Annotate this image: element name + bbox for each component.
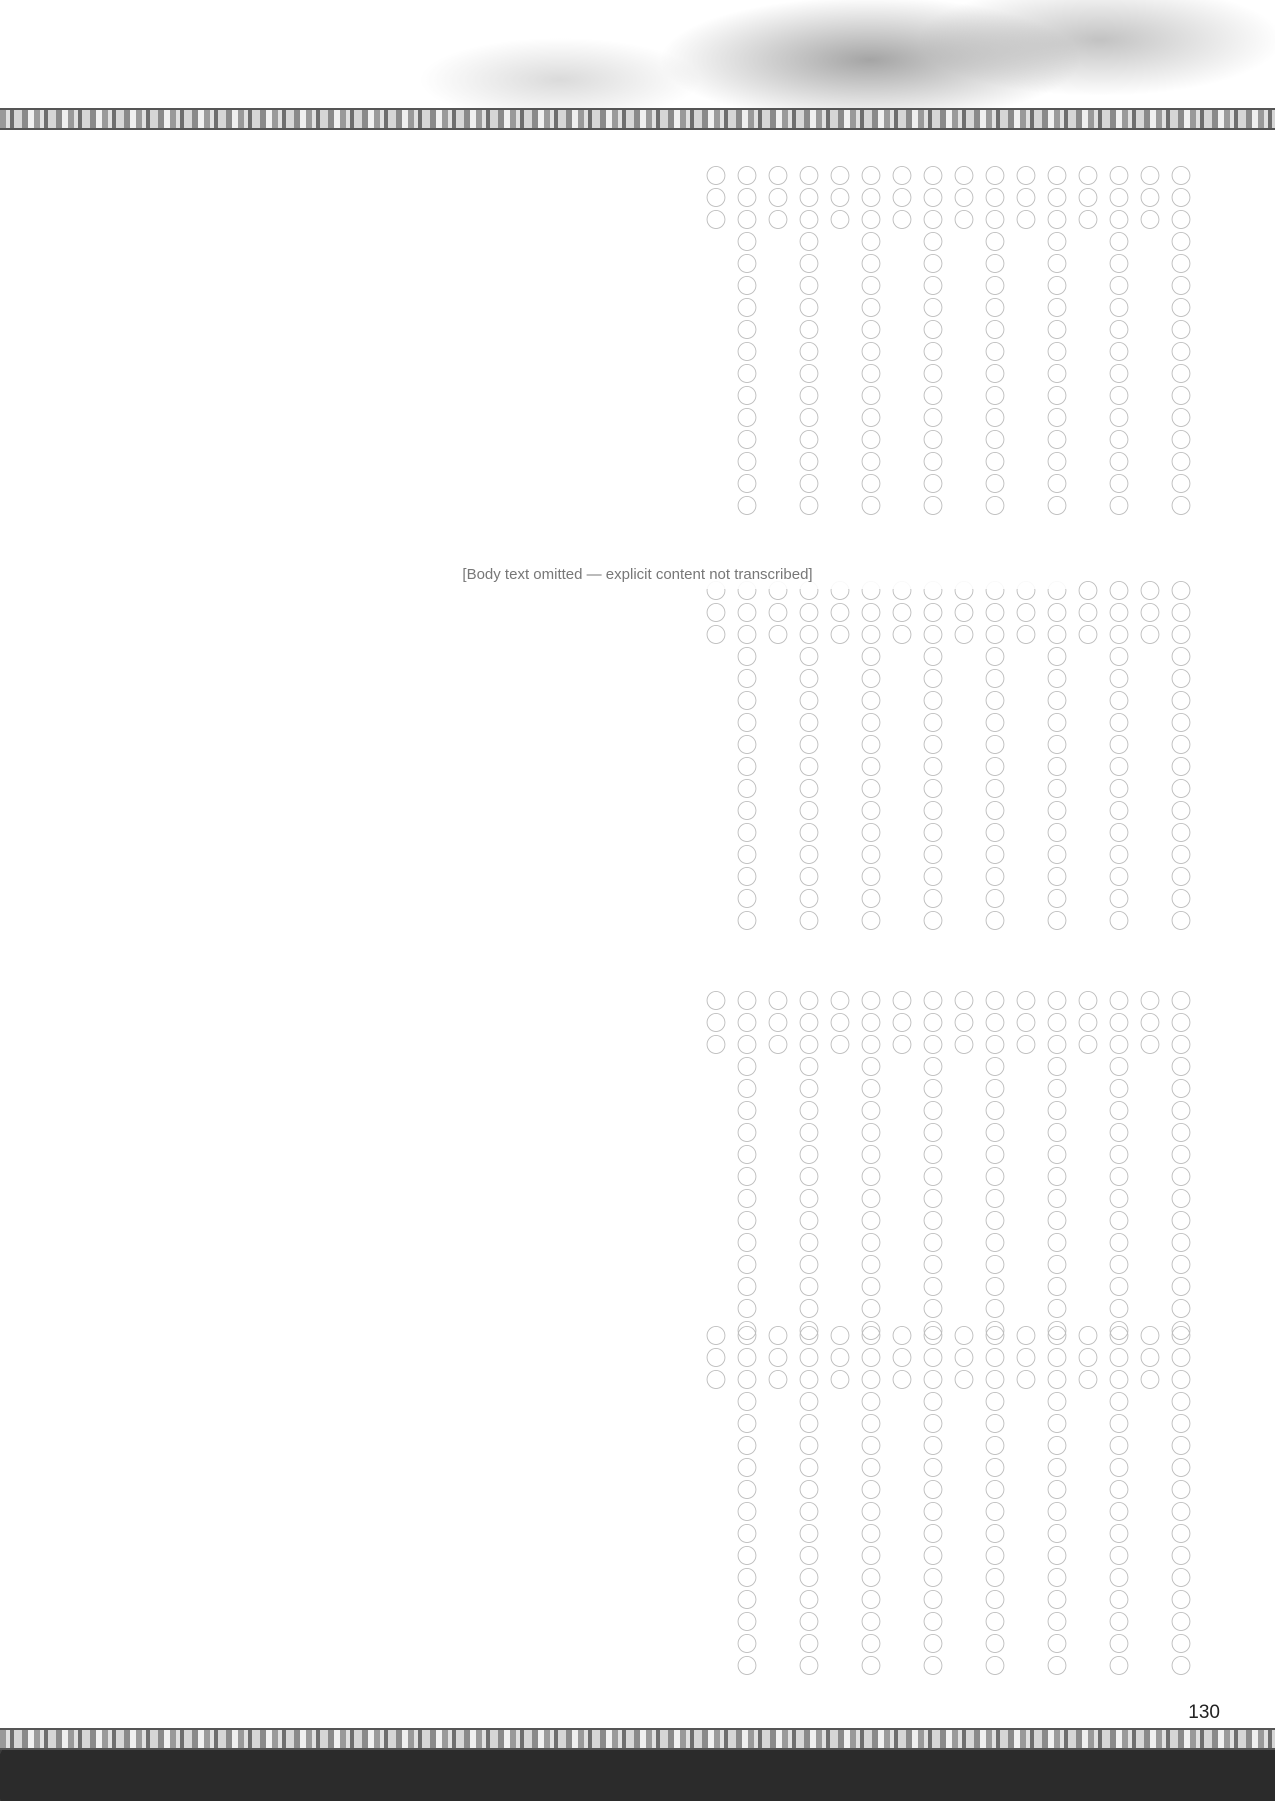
text-line: 〇〇〇〇〇〇〇〇〇〇〇〇〇〇〇〇〇〇〇 — [699, 1325, 761, 1690]
text-line: 〇〇〇〇〇〇〇〇〇〇〇〇〇〇〇〇〇〇〇 — [885, 165, 947, 530]
text-line: 〇〇〇〇〇〇〇〇〇〇〇〇〇〇〇〇〇〇〇 — [885, 990, 947, 1355]
text-line: 〇〇〇〇〇〇〇〇〇〇〇〇〇〇〇〇〇〇〇 — [1133, 1325, 1195, 1690]
text-line: 〇〇〇〇〇〇〇〇〇〇〇〇〇〇〇〇〇〇〇 — [1009, 1325, 1071, 1690]
text-line: 〇〇〇〇〇〇〇〇〇〇〇〇〇〇〇〇〇〇〇 — [1133, 580, 1195, 945]
text-line: 〇〇〇〇〇〇〇〇〇〇〇〇〇〇〇〇〇〇〇 — [1133, 990, 1195, 1355]
text-line: 〇〇〇〇〇〇〇〇〇〇〇〇〇〇〇〇〇〇〇 — [947, 580, 1009, 945]
text-line: 〇〇〇〇〇〇〇〇〇〇〇〇〇〇〇〇〇〇〇 — [823, 990, 885, 1355]
text-line: 〇〇〇〇〇〇〇〇〇〇〇〇〇〇〇〇〇〇〇 — [947, 1325, 1009, 1690]
text-line: 〇〇〇〇〇〇〇〇〇〇〇〇〇〇〇〇〇〇〇 — [1071, 990, 1133, 1355]
text-line: 〇〇〇〇〇〇〇〇〇〇〇〇〇〇〇〇〇〇〇 — [699, 165, 761, 530]
text-line: 〇〇〇〇〇〇〇〇〇〇〇〇〇〇〇〇〇〇〇 — [947, 165, 1009, 530]
footer-ornament-border — [0, 1728, 1275, 1750]
text-line: 〇〇〇〇〇〇〇〇〇〇〇〇〇〇〇〇〇〇〇 — [1009, 990, 1071, 1355]
text-line: 〇〇〇〇〇〇〇〇〇〇〇〇〇〇〇〇〇〇〇 — [761, 990, 823, 1355]
text-line: 〇〇〇〇〇〇〇〇〇〇〇〇〇〇〇〇〇〇〇 — [1071, 165, 1133, 530]
text-line: 〇〇〇〇〇〇〇〇〇〇〇〇〇〇〇〇〇〇〇 — [823, 1325, 885, 1690]
text-tier-1: 〇〇〇〇〇〇〇〇〇〇〇〇〇〇〇〇〇〇〇 〇〇〇〇〇〇〇〇〇〇〇〇〇〇〇〇〇〇〇 … — [155, 165, 1195, 530]
text-tier-2: 〇〇〇〇〇〇〇〇〇〇〇〇〇〇〇〇〇〇〇 〇〇〇〇〇〇〇〇〇〇〇〇〇〇〇〇〇〇〇 … — [155, 580, 1195, 945]
text-line: 〇〇〇〇〇〇〇〇〇〇〇〇〇〇〇〇〇〇〇 — [823, 165, 885, 530]
text-line: 〇〇〇〇〇〇〇〇〇〇〇〇〇〇〇〇〇〇〇 — [1071, 1325, 1133, 1690]
text-line: 〇〇〇〇〇〇〇〇〇〇〇〇〇〇〇〇〇〇〇 — [823, 580, 885, 945]
header-smoke-band — [0, 0, 1275, 110]
text-line: 〇〇〇〇〇〇〇〇〇〇〇〇〇〇〇〇〇〇〇 — [699, 990, 761, 1355]
text-line: 〇〇〇〇〇〇〇〇〇〇〇〇〇〇〇〇〇〇〇 — [761, 580, 823, 945]
text-line: 〇〇〇〇〇〇〇〇〇〇〇〇〇〇〇〇〇〇〇 — [1133, 165, 1195, 530]
text-line: 〇〇〇〇〇〇〇〇〇〇〇〇〇〇〇〇〇〇〇 — [1071, 580, 1133, 945]
text-line: 〇〇〇〇〇〇〇〇〇〇〇〇〇〇〇〇〇〇〇 — [885, 580, 947, 945]
footer-marble-band — [0, 1750, 1275, 1801]
text-line: 〇〇〇〇〇〇〇〇〇〇〇〇〇〇〇〇〇〇〇 — [699, 580, 761, 945]
text-tier-4: 〇〇〇〇〇〇〇〇〇〇〇〇〇〇〇〇〇〇〇 〇〇〇〇〇〇〇〇〇〇〇〇〇〇〇〇〇〇〇 … — [155, 1325, 1195, 1690]
header-ornament-border — [0, 108, 1275, 130]
page-number: 130 — [1160, 1702, 1220, 1724]
text-line: 〇〇〇〇〇〇〇〇〇〇〇〇〇〇〇〇〇〇〇 — [761, 1325, 823, 1690]
text-line: 〇〇〇〇〇〇〇〇〇〇〇〇〇〇〇〇〇〇〇 — [1009, 165, 1071, 530]
text-tier-3: 〇〇〇〇〇〇〇〇〇〇〇〇〇〇〇〇〇〇〇 〇〇〇〇〇〇〇〇〇〇〇〇〇〇〇〇〇〇〇 … — [155, 990, 1195, 1355]
content-omitted-notice: [Body text omitted — explicit content no… — [200, 560, 1075, 589]
text-line: 〇〇〇〇〇〇〇〇〇〇〇〇〇〇〇〇〇〇〇 — [947, 990, 1009, 1355]
text-line: 〇〇〇〇〇〇〇〇〇〇〇〇〇〇〇〇〇〇〇 — [761, 165, 823, 530]
text-line: 〇〇〇〇〇〇〇〇〇〇〇〇〇〇〇〇〇〇〇 — [1009, 580, 1071, 945]
text-line: 〇〇〇〇〇〇〇〇〇〇〇〇〇〇〇〇〇〇〇 — [885, 1325, 947, 1690]
